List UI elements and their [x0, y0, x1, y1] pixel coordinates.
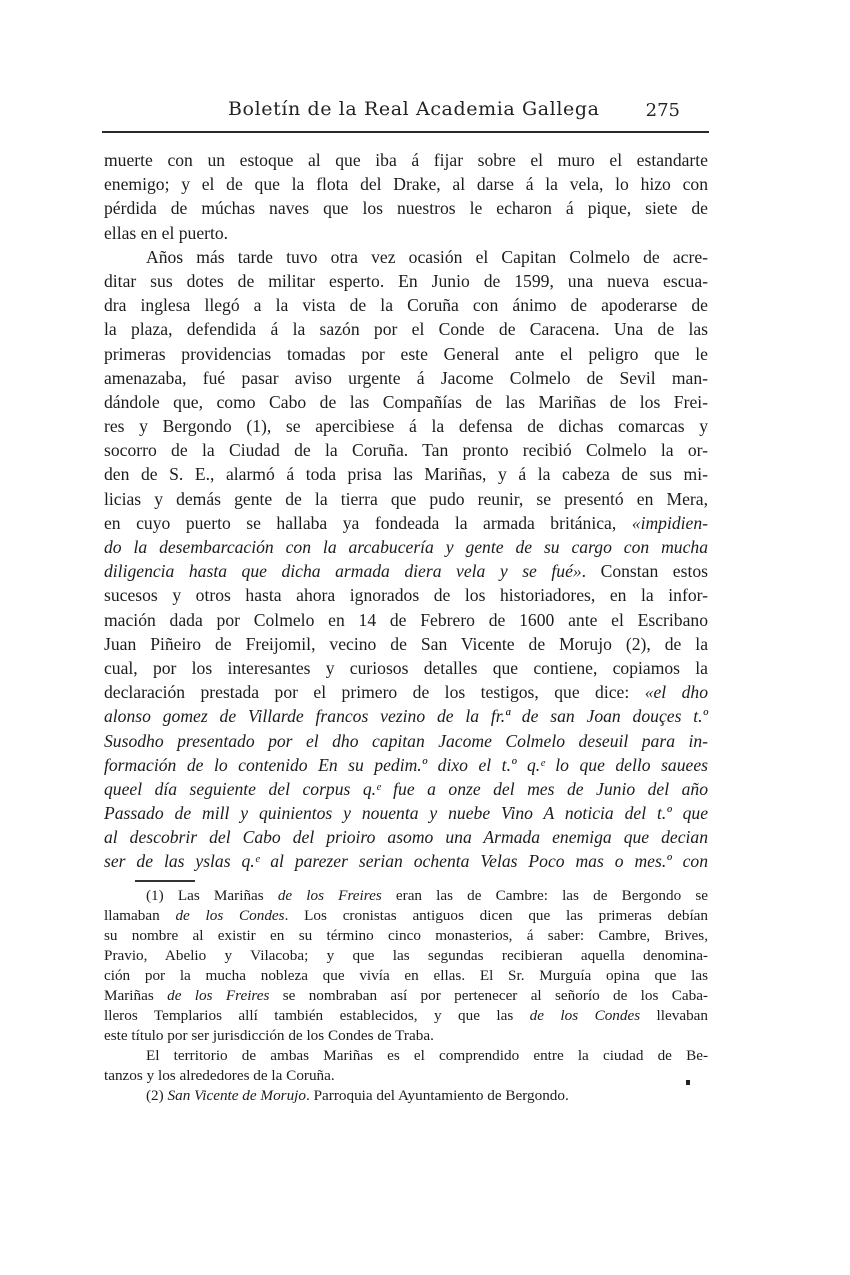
text-segment: tanzos y los alrededores de la Coruña.	[104, 1067, 335, 1084]
text-line: declaración prestada por el primero de l…	[104, 680, 708, 704]
italic-text: ser de las yslas q.ᵉ al parezer serian o…	[104, 851, 708, 871]
text-line: Susodho presentado por el dho capitan Ja…	[104, 729, 708, 753]
text-segment: . Parroquia del Ayuntamiento de Bergondo…	[306, 1087, 569, 1104]
text-segment: Pravio, Abelio y Vilacoba; y que las seg…	[104, 947, 708, 964]
footnote-line: ción por la mucha nobleza que vivía en e…	[104, 966, 708, 986]
text-line: primeras providencias tomadas por este G…	[104, 342, 708, 366]
text-line: Juan Piñeiro de Freijomil, vecino de San…	[104, 632, 708, 656]
text-line: den de S. E., alarmó á toda prisa las Ma…	[104, 462, 708, 486]
text-line: formación de lo contenido En su pedim.º …	[104, 753, 708, 777]
text-line: enemigo; y el de que la flota del Drake,…	[104, 172, 708, 196]
italic-text: queel día seguiente del corpus q.ᵉ fue a…	[104, 779, 708, 799]
footnote-line: lleros Templarios allí también estableci…	[104, 1006, 708, 1026]
text-line: sucesos y otros hasta ahora ignorados de…	[104, 583, 708, 607]
text-segment: . Los cronistas antiguos dicen que las p…	[285, 907, 708, 924]
text-line: queel día seguiente del corpus q.ᵉ fue a…	[104, 777, 708, 801]
journal-title: Boletín de la Real Academia Gallega	[228, 98, 600, 120]
text-segment: llevaban	[640, 1007, 708, 1024]
footnote-line: Mariñas de los Freires se nombraban así …	[104, 986, 708, 1006]
text-segment: llamaban	[104, 907, 175, 924]
text-line: mación dada por Colmelo en 14 de Febrero…	[104, 608, 708, 632]
text-segment: enemigo; y el de que la flota del Drake,…	[104, 174, 708, 194]
text-segment: dándole que, como Cabo de las Compañías …	[104, 392, 708, 412]
document-page: Boletín de la Real Academia Gallega 275 …	[0, 0, 850, 1275]
text-line: la plaza, defendida á la sazón por el Co…	[104, 317, 708, 341]
text-line: do la desembarcación con la arcabucería …	[104, 535, 708, 559]
text-segment: su nombre al existir en su término cinco…	[104, 927, 708, 944]
footnotes: (1) Las Mariñas de los Freires eran las …	[104, 886, 708, 1106]
footnote-line: su nombre al existir en su término cinco…	[104, 926, 708, 946]
text-segment: licias y demás gente de la tierra que pu…	[104, 489, 708, 509]
italic-text: de los Freires	[167, 987, 269, 1004]
italic-text: de los Freires	[278, 887, 382, 904]
italic-text: diligencia hasta que dicha armada diera …	[104, 561, 582, 581]
text-segment: (1) Las Mariñas	[146, 887, 278, 904]
text-line: pérdida de múchas naves que los nuestros…	[104, 196, 708, 220]
running-head: Boletín de la Real Academia Gallega 275	[104, 96, 708, 126]
text-line: cual, por los interesantes y curiosos de…	[104, 656, 708, 680]
text-line: ellas en el puerto.	[104, 221, 708, 245]
footnote-line: este título por ser jurisdicción de los …	[104, 1026, 708, 1046]
text-segment: la plaza, defendida á la sazón por el Co…	[104, 319, 708, 339]
text-line: dándole que, como Cabo de las Compañías …	[104, 390, 708, 414]
italic-text: al descobrir del Cabo del prioiro asomo …	[104, 827, 708, 847]
text-segment: amenazaba, fué pasar aviso urgente á Jac…	[104, 368, 708, 388]
text-line: socorro de la Ciudad de la Coruña. Tan p…	[104, 438, 708, 462]
italic-text: do la desembarcación con la arcabucería …	[104, 537, 708, 557]
footnote-line: El territorio de ambas Mariñas es el com…	[104, 1046, 708, 1066]
body-text: muerte con un estoque al que iba á fijar…	[104, 148, 708, 874]
footnote-line: llamaban de los Condes. Los cronistas an…	[104, 906, 708, 926]
text-segment: mación dada por Colmelo en 14 de Febrero…	[104, 610, 708, 630]
text-line: diligencia hasta que dicha armada diera …	[104, 559, 708, 583]
text-line: dra inglesa llegó a la vista de la Coruñ…	[104, 293, 708, 317]
footnote-line: tanzos y los alrededores de la Coruña.	[104, 1066, 708, 1086]
italic-text: «impidien-	[632, 513, 708, 533]
text-line: alonso gomez de Villarde francos vezino …	[104, 704, 708, 728]
print-speck	[686, 1080, 690, 1085]
italic-text: formación de lo contenido En su pedim.º …	[104, 755, 708, 775]
text-segment: den de S. E., alarmó á toda prisa las Ma…	[104, 464, 708, 484]
text-segment: dra inglesa llegó a la vista de la Coruñ…	[104, 295, 708, 315]
text-segment: ellas en el puerto.	[104, 223, 228, 243]
header-rule	[102, 131, 709, 133]
italic-text: Susodho presentado por el dho capitan Ja…	[104, 731, 708, 751]
italic-text: Passado de mill y quinientos y nouenta y…	[104, 803, 708, 823]
text-segment: ción por la mucha nobleza que vivía en e…	[104, 967, 708, 984]
text-line: ser de las yslas q.ᵉ al parezer serian o…	[104, 849, 708, 873]
text-line: al descobrir del Cabo del prioiro asomo …	[104, 825, 708, 849]
text-segment: (2)	[146, 1087, 168, 1104]
text-line: amenazaba, fué pasar aviso urgente á Jac…	[104, 366, 708, 390]
text-segment: res y Bergondo (1), se apercibiese á la …	[104, 416, 708, 436]
text-line: Passado de mill y quinientos y nouenta y…	[104, 801, 708, 825]
text-line: res y Bergondo (1), se apercibiese á la …	[104, 414, 708, 438]
text-segment: se nombraban así por pertenecer al señor…	[269, 987, 708, 1004]
text-segment: cual, por los interesantes y curiosos de…	[104, 658, 708, 678]
text-segment: El territorio de ambas Mariñas es el com…	[146, 1047, 708, 1064]
text-segment: Años más tarde tuvo otra vez ocasión el …	[146, 247, 708, 267]
text-segment: socorro de la Ciudad de la Coruña. Tan p…	[104, 440, 708, 460]
text-line: ditar sus dotes de militar esperto. En J…	[104, 269, 708, 293]
text-segment: . Constan estos	[582, 561, 708, 581]
footnote-line: (2) San Vicente de Morujo. Parroquia del…	[104, 1086, 708, 1106]
text-segment: primeras providencias tomadas por este G…	[104, 344, 708, 364]
text-segment: en cuyo puerto se hallaba ya fondeada la…	[104, 513, 632, 533]
italic-text: de los Condes	[530, 1007, 640, 1024]
text-segment: Juan Piñeiro de Freijomil, vecino de San…	[104, 634, 708, 654]
italic-text: «el dho	[645, 682, 708, 702]
text-segment: Mariñas	[104, 987, 167, 1004]
text-line: en cuyo puerto se hallaba ya fondeada la…	[104, 511, 708, 535]
text-segment: ditar sus dotes de militar esperto. En J…	[104, 271, 708, 291]
text-segment: pérdida de múchas naves que los nuestros…	[104, 198, 708, 218]
footnote-line: Pravio, Abelio y Vilacoba; y que las seg…	[104, 946, 708, 966]
text-segment: eran las de Cambre: las de Bergondo se	[382, 887, 708, 904]
text-segment: muerte con un estoque al que iba á fijar…	[104, 150, 708, 170]
page-number: 275	[646, 100, 680, 121]
italic-text: alonso gomez de Villarde francos vezino …	[104, 706, 708, 726]
text-segment: declaración prestada por el primero de l…	[104, 682, 645, 702]
text-segment: sucesos y otros hasta ahora ignorados de…	[104, 585, 708, 605]
text-line: Años más tarde tuvo otra vez ocasión el …	[104, 245, 708, 269]
italic-text: San Vicente de Morujo	[168, 1087, 306, 1104]
footnote-line: (1) Las Mariñas de los Freires eran las …	[104, 886, 708, 906]
italic-text: de los Condes	[175, 907, 284, 924]
text-line: muerte con un estoque al que iba á fijar…	[104, 148, 708, 172]
footnote-rule	[135, 880, 195, 882]
text-line: licias y demás gente de la tierra que pu…	[104, 487, 708, 511]
text-segment: lleros Templarios allí también estableci…	[104, 1007, 530, 1024]
text-segment: este título por ser jurisdicción de los …	[104, 1027, 434, 1044]
